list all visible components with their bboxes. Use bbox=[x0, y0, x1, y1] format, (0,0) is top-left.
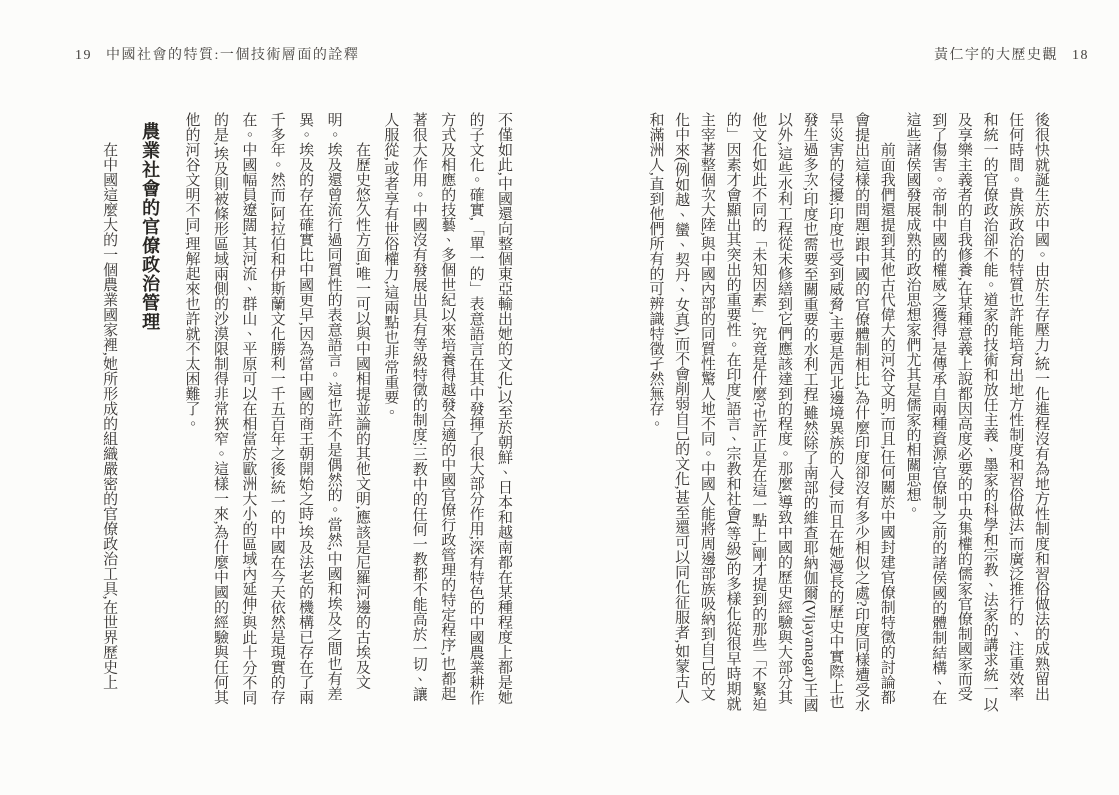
page-number-left: 19 bbox=[75, 48, 92, 63]
paragraph: 在中國這麼大的一個農業國家裡,她所形成的組織嚴密的官僚政治工具,在世界歷史上 bbox=[95, 112, 123, 714]
paragraph-continuation: 後很快就誕生於中國。由於生存壓力,統一化進程沒有為地方性制度和習俗做法的成熟留出… bbox=[899, 112, 1053, 714]
page-18-body: 後很快就誕生於中國。由於生存壓力,統一化進程沒有為地方性制度和習俗做法的成熟留出… bbox=[639, 112, 1053, 714]
paragraph: 前面我們還提到其他古代偉大的河谷文明,而且,任何關於中國封建官僚制特徵的討論都會… bbox=[642, 112, 899, 714]
paragraph: 在歷史悠久性方面,唯一可以與中國相提並論的其他文明,應該是尼羅河邊的古埃及文明。… bbox=[177, 112, 376, 714]
running-head-right: 黃仁宇的大歷史觀18 bbox=[934, 44, 1089, 64]
book-title: 黃仁宇的大歷史觀 bbox=[934, 48, 1058, 63]
running-head-left: 19中國社會的特質:一個技術層面的詮釋 bbox=[75, 44, 359, 64]
book-spread: 19中國社會的特質:一個技術層面的詮釋 黃仁宇的大歷史觀18 後很快就誕生於中國… bbox=[0, 0, 1119, 795]
section-heading: 農業社會的官僚政治管理 bbox=[123, 112, 177, 714]
page-number-right: 18 bbox=[1072, 48, 1089, 63]
paragraph-continuation: 不僅如此,中國還向整個東亞輸出她的文化,以至於朝鮮、日本和越南都在某種程度上都是… bbox=[376, 112, 518, 714]
chapter-title: 中國社會的特質:一個技術層面的詮釋 bbox=[106, 48, 359, 63]
page-19-body: 不僅如此,中國還向整個東亞輸出她的文化,以至於朝鮮、日本和越南都在某種程度上都是… bbox=[84, 112, 518, 714]
